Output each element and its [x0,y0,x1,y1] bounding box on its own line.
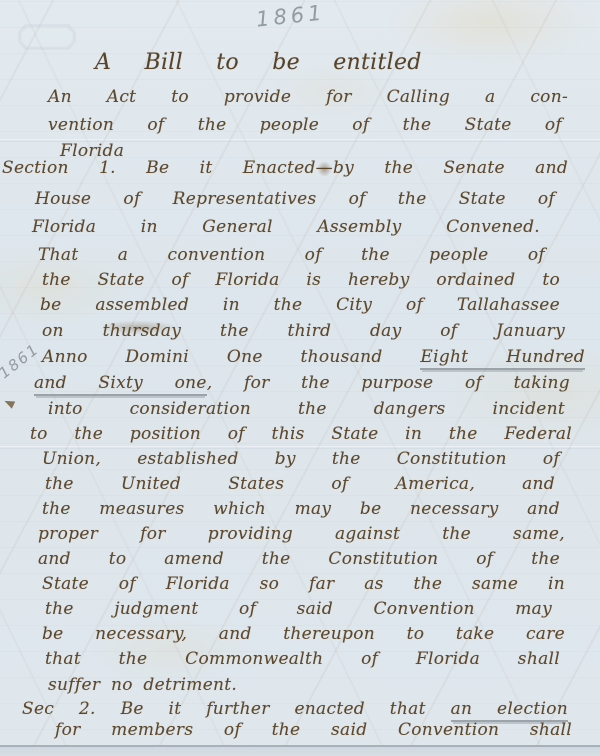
manuscript-line: into consideration the dangers incident [48,396,565,422]
manuscript-line: the State of Florida is hereby ordained … [42,267,560,293]
manuscript-line: suffer no detriment. [48,672,237,698]
smudge-light-mark: thursday [103,321,182,341]
smudge-mark: — [316,158,333,178]
manuscript-line: Anno Domini One thousand Eight Hundred [42,344,585,370]
margin-arrow-mark [3,397,15,408]
manuscript-line: be assembled in the City of Tallahassee [40,292,560,318]
manuscript-page: 1861 1861 A Bill to be entitledAn Act to… [0,0,600,756]
manuscript-line: Section 1. Be it Enacted—by the Senate a… [2,155,568,181]
manuscript-line: that the Commonwealth of Florida shall [45,646,560,672]
manuscript-line: the United States of America, and [45,471,555,497]
page-bottom-edge [0,745,600,756]
manuscript-line: the measures which may be necessary and [42,496,560,522]
text-segment: Sec 2. Be it further enacted that [22,699,451,719]
manuscript-line: and to amend the Constitution of the [38,546,560,572]
manuscript-line: proper for providing against the same, [38,521,565,547]
manuscript-line: A Bill to be entitled [95,50,422,76]
text-segment: Anno Domini One thousand [42,347,420,367]
manuscript-line: and Sixty one, for the purpose of taking [34,370,570,396]
manuscript-line: State of Florida so far as the same in [42,571,565,597]
manuscript-line: for members of the said Convention shall [55,717,572,743]
text-segment: on [42,321,103,341]
manuscript-line: the judgment of said Convention may [45,596,552,622]
manuscript-line: That a convention of the people of [38,242,545,268]
manuscript-line: to the position of this State in the Fed… [30,421,572,447]
pencil-underline-mark: and Sixty one [34,373,207,396]
manuscript-line: on thursday the third day of January [42,318,565,344]
embossed-seal-inner [21,27,73,47]
manuscript-line: be necessary, and thereupon to take care [42,621,565,647]
manuscript-line: House of Representatives of the State of [35,186,555,212]
manuscript-line: Union, established by the Constitution o… [42,446,560,472]
manuscript-line: Florida in General Assembly Convened. [32,214,540,240]
manuscript-line: An Act to provide for Calling a con- [48,84,568,110]
text-segment: , for the purpose of taking [207,373,570,393]
text-segment: Section 1. Be it Enacted [2,158,316,178]
text-segment: the third day of January [181,321,565,341]
pencil-year-annotation-top: 1861 [255,0,327,31]
manuscript-line: vention of the people of the State of [48,112,562,138]
embossed-seal-icon [18,24,76,50]
pencil-underline-mark: Eight Hundred [420,347,585,370]
text-segment: by the Senate and [333,158,568,178]
